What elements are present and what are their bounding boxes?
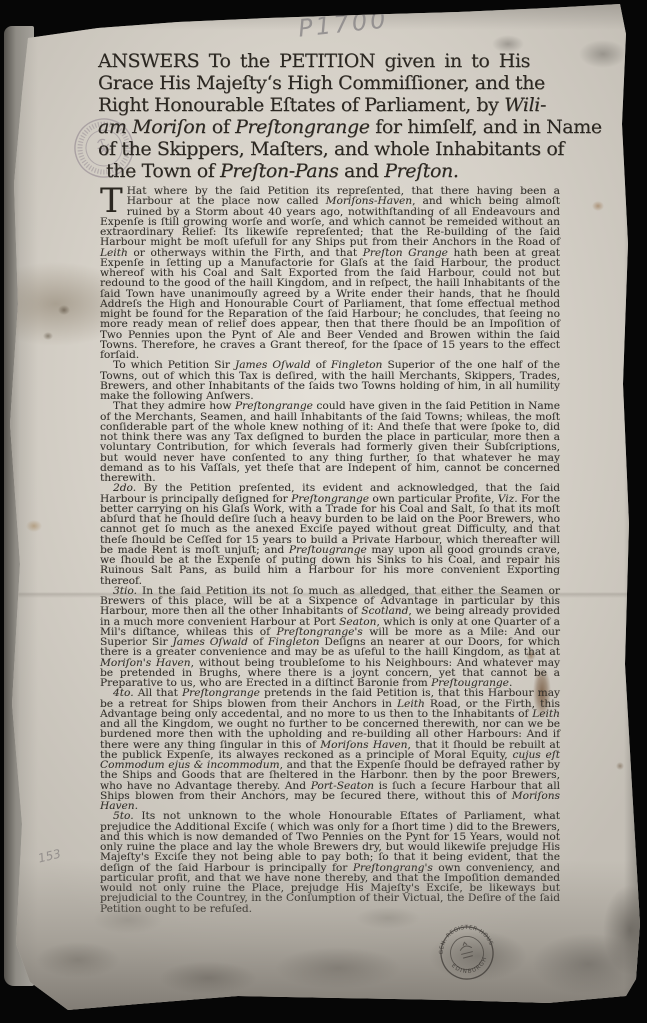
- title-line-3: Right Honourable Eſtates of Parliament, …: [98, 94, 530, 116]
- bottom-grime: [8, 860, 640, 1010]
- paragraph-1-text: Hat where by the ſaid Petition its repre…: [100, 185, 560, 361]
- paragraph-2: To which Petition Sir James Oſwald of Fi…: [100, 360, 560, 401]
- title-line-2: Grace His Majeſty‘s High Commiſſioner, a…: [98, 72, 530, 94]
- title-line-1: ANSWERS To the PETITION given in to His: [98, 50, 530, 72]
- drop-cap: T: [100, 186, 127, 216]
- title-line-4: am Moriſon of Preſtongrange for himſelf,…: [98, 116, 530, 138]
- svg-text:EDINBURGH: EDINBURGH: [449, 954, 491, 979]
- register-stamp-crest: [459, 941, 474, 958]
- paragraph-3: That they admire how Preſtongrange could…: [100, 401, 560, 483]
- pencil-annotation: P1700: [297, 5, 390, 42]
- scan-background: P1700 ANSWERS To the PETITION given in t…: [0, 0, 647, 1023]
- title-line-5: of the Skippers, Maſters, and whole Inha…: [98, 138, 530, 160]
- stamp-arc-bottom-text: EDINBURGH: [449, 954, 491, 979]
- document-page: P1700 ANSWERS To the PETITION given in t…: [8, 4, 640, 1010]
- paragraph-4: 2do. By the Petition preſented, its evid…: [100, 483, 560, 586]
- document-body: THat where by the ſaid Petition its repr…: [100, 186, 560, 914]
- paragraph-5: 3tio. In the ſaid Petition its not ſo mu…: [100, 586, 560, 689]
- document-title: ANSWERS To the PETITION given in to His …: [98, 50, 530, 182]
- paragraph-1: THat where by the ſaid Petition its repr…: [100, 186, 560, 360]
- paragraph-6: 4to. All that Preſtongrange pretends in …: [100, 688, 560, 811]
- title-line-6: the Town of Preſton-Pans and Preſton.: [98, 160, 530, 182]
